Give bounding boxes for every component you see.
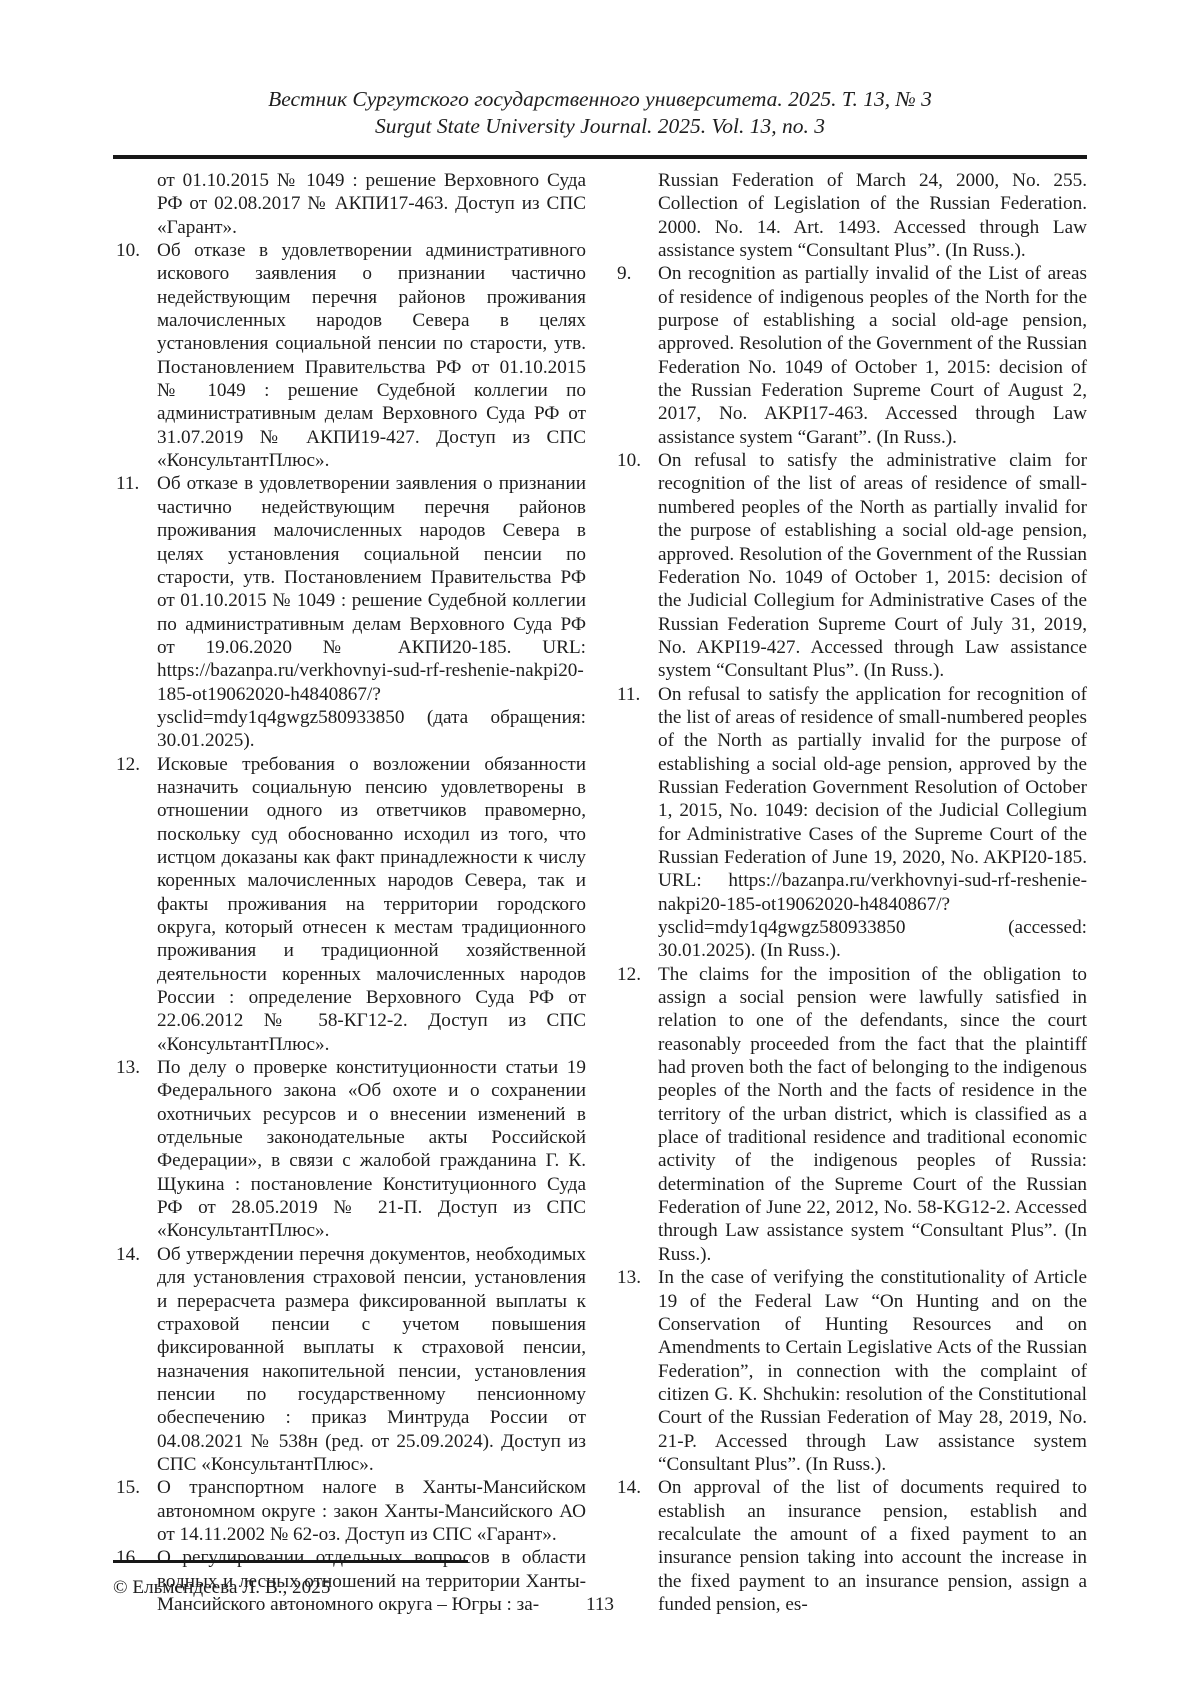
reference-text: О транспортном налоге в Ханты-Мансийском… [157, 1477, 586, 1545]
reference-text: On refusal to satisfy the administrative… [658, 450, 1087, 681]
reference-item: 10. On refusal to satisfy the administra… [617, 449, 1087, 682]
reference-list-ru: 10. Об отказе в удовлетворении администр… [116, 239, 586, 1616]
reference-list-en: 9. On recognition as partially invalid o… [617, 262, 1087, 1616]
reference-text: On recognition as partially invalid of t… [658, 263, 1087, 447]
references-column-english: Russian Federation of March 24, 2000, No… [617, 169, 1087, 1616]
reference-item: 13. По делу о проверке конституционности… [116, 1056, 586, 1243]
reference-number: 13. [116, 1056, 140, 1079]
references-column-russian: от 01.10.2015 № 1049 : решение Верховног… [116, 169, 586, 1616]
reference-number: 11. [617, 683, 640, 706]
page-header: Вестник Сургутского государственного уни… [0, 0, 1200, 140]
reference-number: 10. [116, 239, 140, 262]
reference-item: 15. О транспортном налоге в Ханты-Мансий… [116, 1476, 586, 1546]
reference-number: 10. [617, 449, 641, 472]
reference-item: 12. Исковые требования о возложении обяз… [116, 753, 586, 1056]
footer-rule [113, 1560, 468, 1563]
reference-text: По делу о проверке конституционности ста… [157, 1057, 586, 1241]
reference-text: The claims for the imposition of the obl… [658, 964, 1087, 1265]
reference-number: 12. [116, 753, 140, 776]
journal-title-ru: Вестник Сургутского государственного уни… [0, 86, 1200, 113]
reference-item: 11. On refusal to satisfy the applicatio… [617, 683, 1087, 963]
reference-text: Об отказе в удовлетворении заявления о п… [157, 473, 586, 751]
header-rule [113, 155, 1087, 159]
journal-page: Вестник Сургутского государственного уни… [0, 0, 1200, 1697]
reference-number: 11. [116, 472, 139, 495]
reference-number: 16. [116, 1546, 140, 1569]
reference-item: 12. The claims for the imposition of the… [617, 963, 1087, 1266]
reference-item: 11. Об отказе в удовлетворении заявления… [116, 472, 586, 752]
reference-text: On refusal to satisfy the application fo… [658, 684, 1087, 962]
page-number: 113 [0, 1594, 1200, 1616]
reference-number: 13. [617, 1266, 641, 1289]
reference-number: 9. [617, 262, 631, 285]
reference-text: Исковые требования о возложении обязанно… [157, 754, 586, 1055]
reference-text: Об отказе в удовлетворении административ… [157, 240, 586, 471]
reference-item: 9. On recognition as partially invalid o… [617, 262, 1087, 449]
reference-number: 12. [617, 963, 641, 986]
references-columns: от 01.10.2015 № 1049 : решение Верховног… [116, 169, 1200, 1616]
reference-item: 14. Об утверждении перечня документов, н… [116, 1243, 586, 1476]
reference-continuation-ru: от 01.10.2015 № 1049 : решение Верховног… [116, 169, 586, 239]
reference-item: 10. Об отказе в удовлетворении администр… [116, 239, 586, 472]
journal-title-en: Surgut State University Journal. 2025. V… [0, 113, 1200, 140]
reference-number: 14. [617, 1476, 641, 1499]
reference-continuation-en: Russian Federation of March 24, 2000, No… [617, 169, 1087, 262]
reference-text: In the case of verifying the constitutio… [658, 1267, 1087, 1475]
reference-number: 15. [116, 1476, 140, 1499]
reference-item: 13. In the case of verifying the constit… [617, 1266, 1087, 1476]
reference-number: 14. [116, 1243, 140, 1266]
reference-text: Об утверждении перечня документов, необх… [157, 1244, 586, 1475]
